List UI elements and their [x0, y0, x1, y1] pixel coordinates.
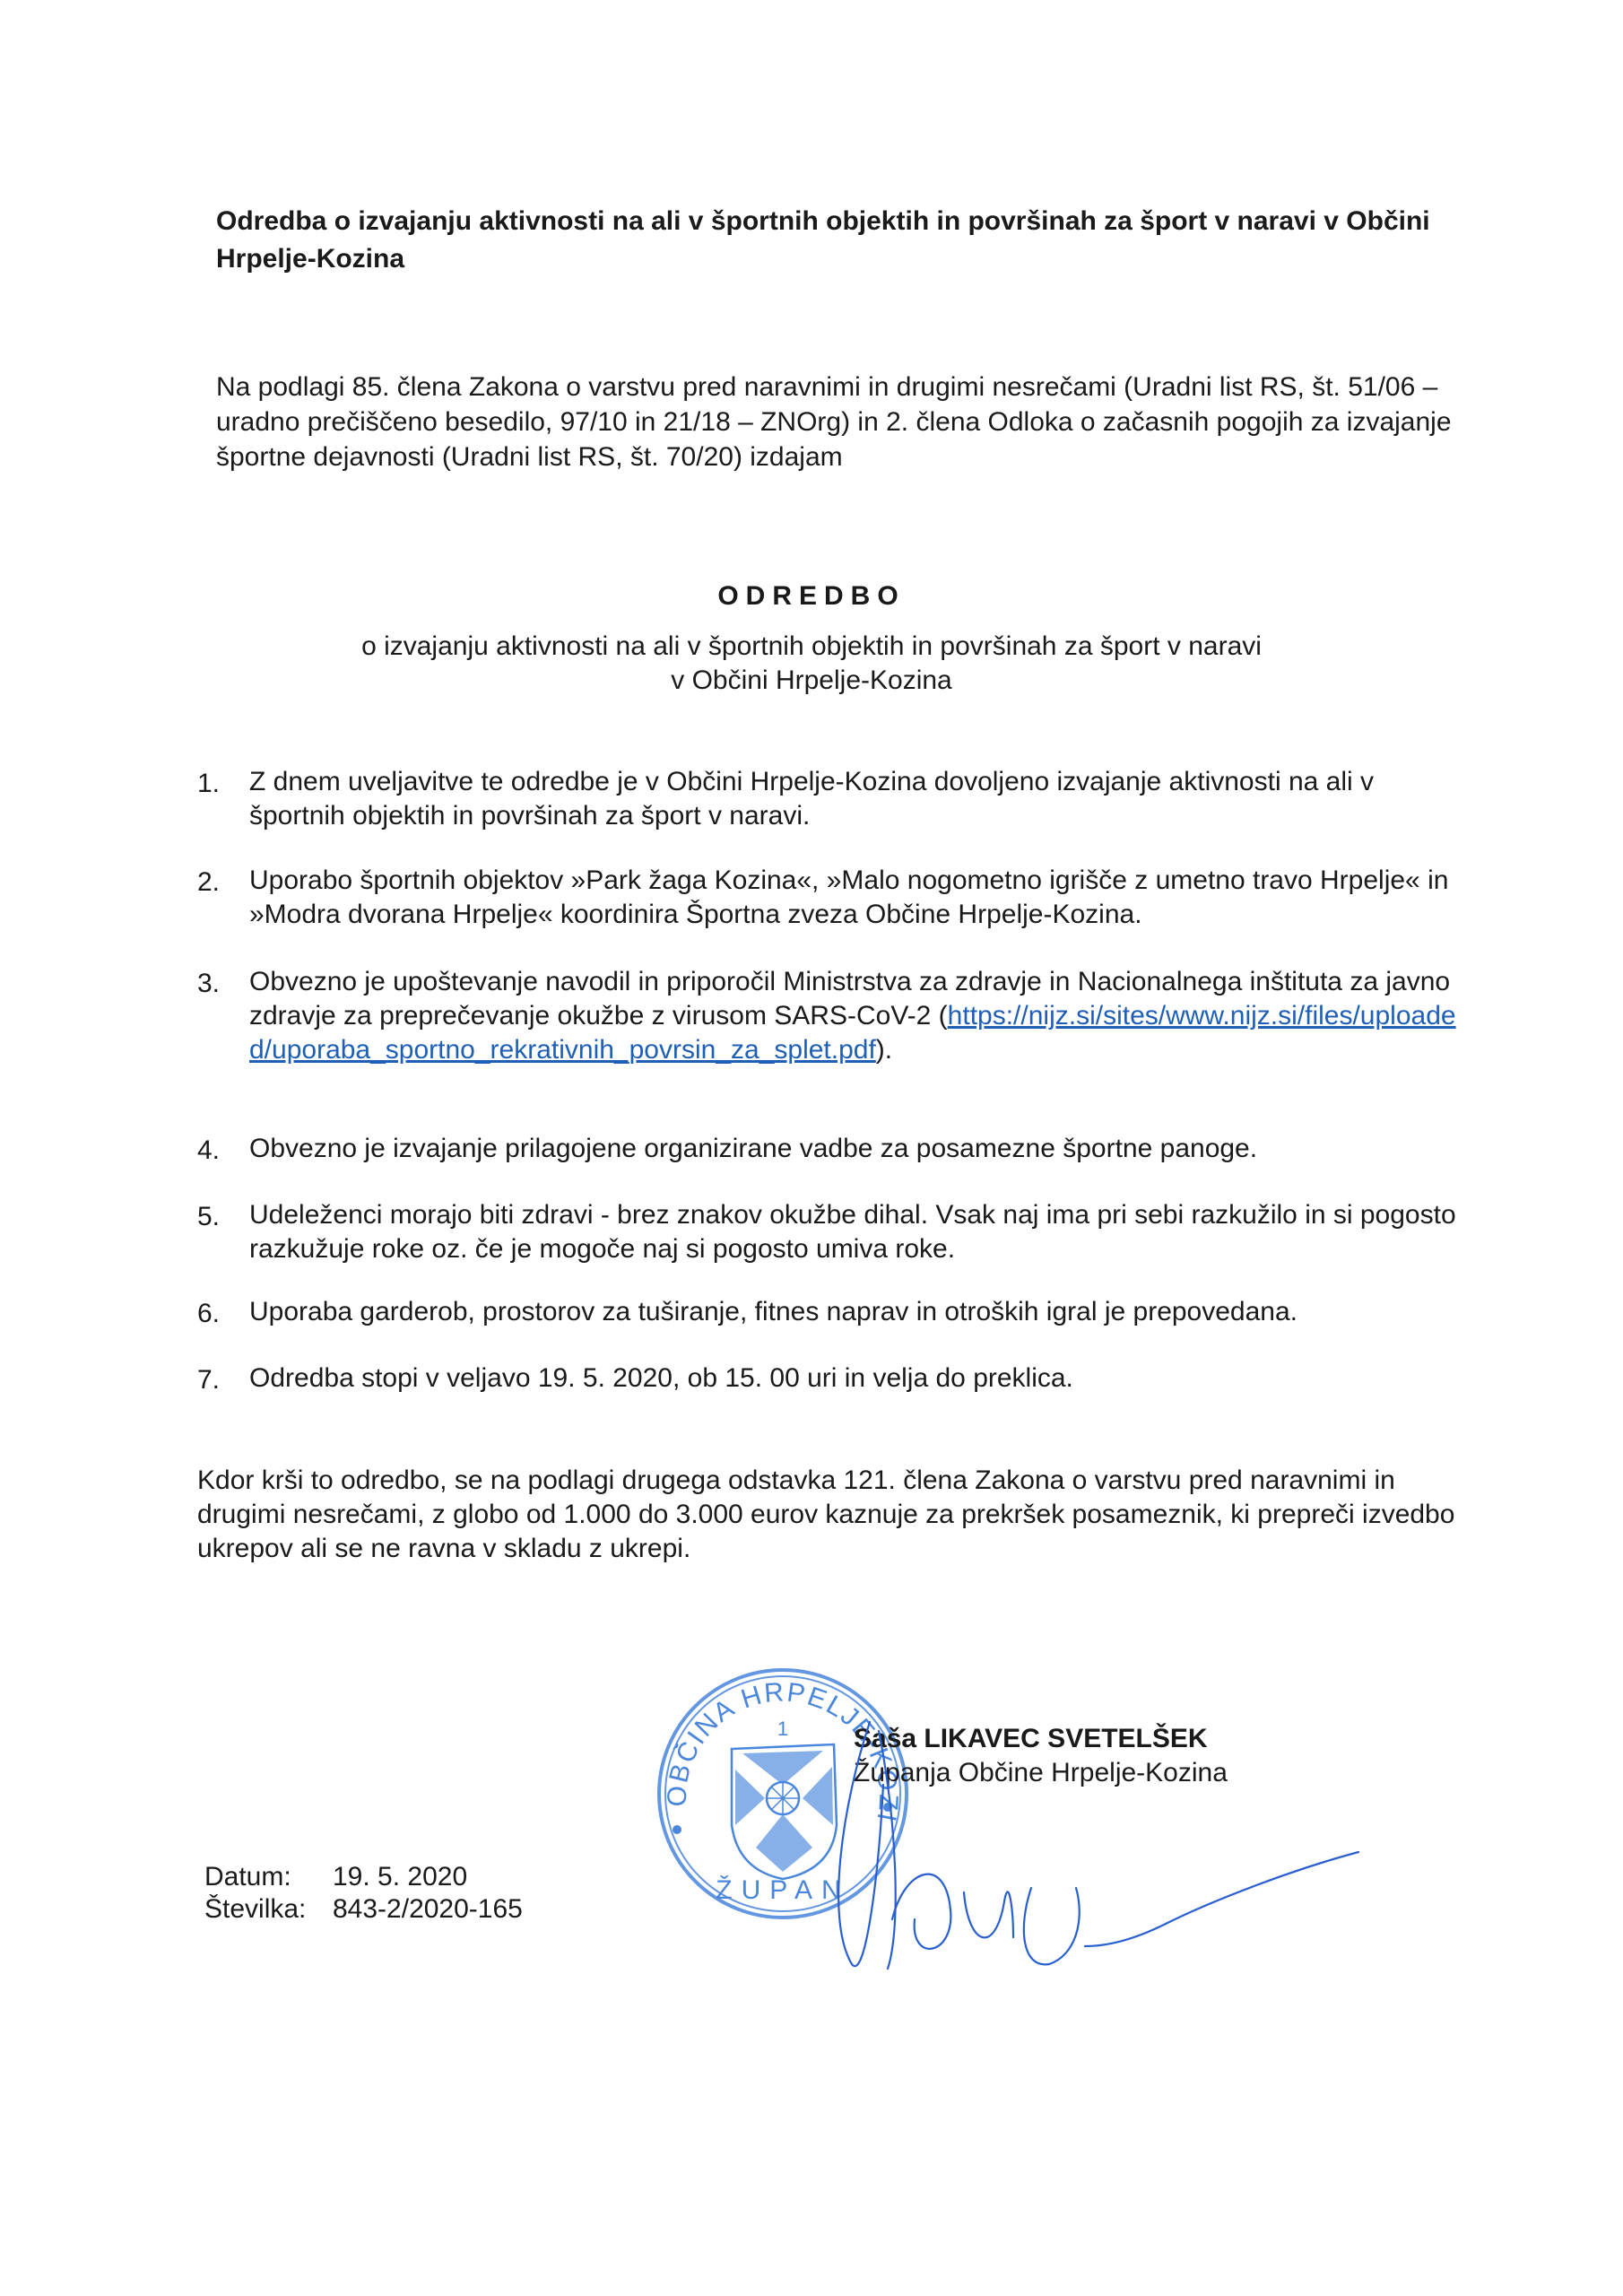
- list-item: 6. Uporaba garderob, prostorov za tušira…: [197, 1295, 1471, 1329]
- item-text: Udeleženci morajo biti zdravi - brez zna…: [249, 1198, 1471, 1266]
- item-text: Obvezno je upoštevanje navodil in pripor…: [249, 965, 1471, 1067]
- item-number: 7.: [197, 1363, 220, 1397]
- subheading-line-1: o izvajanju aktivnosti na ali v športnih…: [0, 630, 1623, 664]
- item-number: 5.: [197, 1200, 220, 1234]
- document-title: Odredba o izvajanju aktivnosti na ali v …: [216, 203, 1471, 278]
- item-number: 2.: [197, 865, 220, 900]
- number-label: Številka:: [204, 1893, 333, 1926]
- handwritten-signature-icon: [789, 1695, 1363, 1982]
- decree-subheading: o izvajanju aktivnosti na ali v športnih…: [0, 630, 1623, 698]
- list-item: 2. Uporabo športnih objektov »Park žaga …: [197, 864, 1471, 932]
- number-row: Številka:843-2/2020-165: [204, 1893, 523, 1926]
- item-text: Uporaba garderob, prostorov za tuširanje…: [249, 1295, 1471, 1329]
- decree-heading: ODREDBO: [0, 581, 1623, 612]
- svg-text:1: 1: [777, 1718, 788, 1740]
- item-number: 4.: [197, 1134, 220, 1168]
- date-row: Datum:19. 5. 2020: [204, 1861, 467, 1893]
- item-number: 3.: [197, 967, 220, 1001]
- item-text: Odredba stopi v veljavo 19. 5. 2020, ob …: [249, 1361, 1471, 1396]
- number-value: 843-2/2020-165: [333, 1894, 523, 1924]
- penalty-paragraph: Kdor krši to odredbo, se na podlagi drug…: [197, 1464, 1471, 1566]
- date-label: Datum:: [204, 1861, 333, 1893]
- date-value: 19. 5. 2020: [333, 1862, 467, 1892]
- item-text: Uporabo športnih objektov »Park žaga Koz…: [249, 864, 1471, 932]
- list-item: 7. Odredba stopi v veljavo 19. 5. 2020, …: [197, 1361, 1471, 1396]
- item-text: Obvezno je izvajanje prilagojene organiz…: [249, 1132, 1471, 1166]
- list-item: 5. Udeleženci morajo biti zdravi - brez …: [197, 1198, 1471, 1266]
- list-item: 3. Obvezno je upoštevanje navodil in pri…: [197, 965, 1471, 1067]
- intro-paragraph: Na podlagi 85. člena Zakona o varstvu pr…: [216, 370, 1471, 474]
- item-text: Z dnem uveljavitve te odredbe je v Občin…: [249, 765, 1471, 833]
- list-item: 1. Z dnem uveljavitve te odredbe je v Ob…: [197, 765, 1471, 833]
- list-item: 4. Obvezno je izvajanje prilagojene orga…: [197, 1132, 1471, 1166]
- item-number: 1.: [197, 767, 220, 801]
- item-text-after: ).: [876, 1035, 892, 1065]
- subheading-line-2: v Občini Hrpelje-Kozina: [0, 664, 1623, 698]
- item-number: 6.: [197, 1297, 220, 1331]
